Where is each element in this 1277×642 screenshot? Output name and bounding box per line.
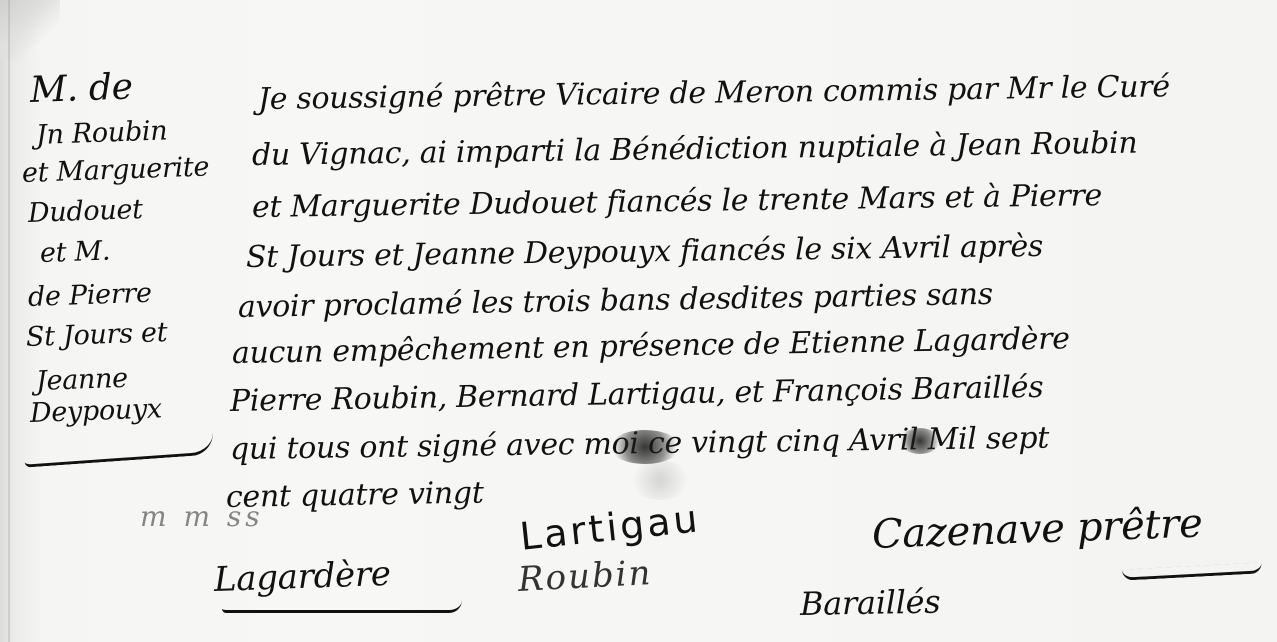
margin-note-line: Jeanne xyxy=(35,363,128,397)
body-line: et Marguerite Dudouet fiancés le trente … xyxy=(252,178,1102,225)
ink-smudge xyxy=(630,460,690,500)
margin-note-line: de Pierre xyxy=(27,278,152,313)
margin-note-line: Dudouet xyxy=(27,194,143,229)
register-page: M. de Jn Roubin et Marguerite Dudouet et… xyxy=(0,0,1277,642)
body-line: St Jours et Jeanne Deypouyx fiancés le s… xyxy=(246,229,1044,275)
signature-lartigau: Lartigau xyxy=(518,496,703,559)
body-line: aucun empêchement en présence de Etienne… xyxy=(232,321,1070,371)
margin-note-line: et M. xyxy=(39,236,110,269)
ink-blot xyxy=(900,428,940,454)
signature-cazenave: Cazenave prêtre xyxy=(871,500,1203,558)
margin-note-line: et Marguerite xyxy=(21,151,209,189)
page-edge xyxy=(8,0,10,642)
signature-lagardere: Lagardère xyxy=(213,554,391,600)
body-line: cent quatre vingt xyxy=(226,476,484,515)
signature-roubin: Roubin xyxy=(517,553,653,600)
faded-marks: m m ss xyxy=(140,500,264,533)
body-line: avoir proclamé les trois bans desdites p… xyxy=(238,277,993,325)
ink-blot xyxy=(610,430,680,464)
margin-note-line: Jn Roubin xyxy=(35,115,167,151)
body-line: Je soussigné prêtre Vicaire de Meron com… xyxy=(258,69,1170,117)
signature-baraillees: Baraillés xyxy=(800,583,941,623)
signature-flourish xyxy=(1122,562,1262,580)
signature-flourish xyxy=(222,600,462,613)
margin-note-line: St Jours et xyxy=(25,317,167,353)
margin-note-line: Deypouyx xyxy=(29,393,162,429)
margin-note-line: M. de xyxy=(29,66,133,111)
body-line: du Vignac, ai imparti la Bénédiction nup… xyxy=(252,126,1138,173)
margin-flourish xyxy=(23,431,214,467)
body-line: Pierre Roubin, Bernard Lartigau, et Fran… xyxy=(230,370,1044,419)
